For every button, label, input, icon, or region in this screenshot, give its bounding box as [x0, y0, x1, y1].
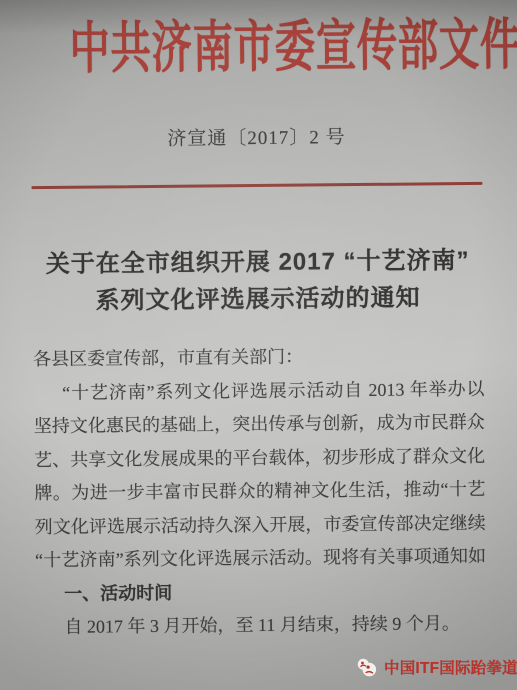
- notice-title-line2: 系列文化评选展示活动的通知: [0, 279, 517, 321]
- body-line: “十艺济南”系列文化评选展示活动自 2013 年举办以来，在: [33, 372, 484, 410]
- body-line: 牌。为进一步丰富市民群众的精神文化生活，推动“十艺济南”系: [34, 473, 485, 511]
- body-line: “十艺济南”系列文化评选展示活动。现将有关事项通知如下：: [35, 540, 486, 578]
- body-line: 艺、共享文化发展成果的平台载体，初步形成了群众文化服务品: [34, 439, 485, 477]
- section-heading: 一、活动时间: [35, 573, 486, 611]
- red-header-title: 中共济南市委宣传部文件: [69, 2, 442, 92]
- paper-sheet: 中共济南市委宣传部文件 济宣通〔2017〕2 号 关于在全市组织开展 2017 …: [0, 0, 517, 690]
- salutation-line: 各县区委宣传部，市直有关部门：: [33, 339, 484, 377]
- document-photo: 中共济南市委宣传部文件 济宣通〔2017〕2 号 关于在全市组织开展 2017 …: [0, 0, 517, 690]
- body-text: 各县区委宣传部，市直有关部门： “十艺济南”系列文化评选展示活动自 2013 年…: [33, 339, 487, 645]
- document-number: 济宣通〔2017〕2 号: [0, 121, 515, 153]
- notice-title-line1: 关于在全市组织开展 2017 “十艺济南”: [0, 242, 516, 284]
- body-line: 坚持文化惠民的基础上，突出传承与创新，成为市民群众展示才: [34, 406, 485, 444]
- taekwondo-logo-icon: [356, 657, 377, 678]
- notice-title: 关于在全市组织开展 2017 “十艺济南” 系列文化评选展示活动的通知: [0, 242, 517, 321]
- red-separator-line: [31, 182, 482, 189]
- body-line: 列文化评选展示活动持久深入开展，市委宣传部决定继续举办 2017: [35, 506, 486, 544]
- watermark: 中国ITF国际跆拳道网: [356, 653, 517, 681]
- watermark-label: 中国ITF国际跆拳道网: [384, 656, 517, 678]
- section-body-line: 自 2017 年 3 月开始，至 11 月结束，持续 9 个月。: [36, 607, 487, 645]
